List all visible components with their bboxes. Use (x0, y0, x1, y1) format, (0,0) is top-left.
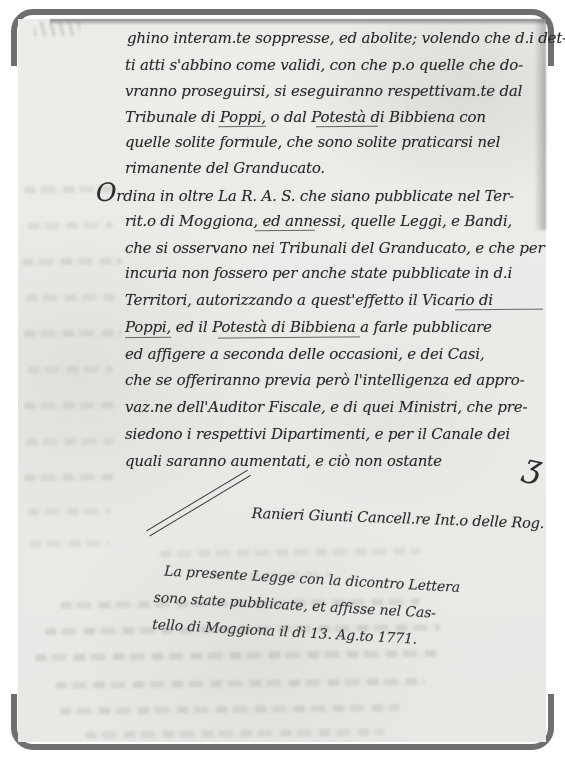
frame-side-mask-right (546, 66, 565, 694)
manuscript-line: quali saranno aumentati, e ciò non ostan… (125, 451, 442, 471)
manuscript-line: vaz.ne dell'Auditor Fiscale, e di quei M… (125, 397, 527, 417)
manuscript-line: che se offeriranno previa però l'intelli… (125, 370, 524, 390)
bleedthrough-smudge (28, 366, 113, 374)
page-top-edge-shadow (50, 19, 547, 25)
scanned-document-viewer: ghino interam.te soppresse, ed abolite; … (0, 0, 565, 760)
bleedthrough-smudge (30, 540, 110, 548)
corner-ink-mark (34, 21, 80, 36)
manuscript-line: rimanente del Granducato. (125, 158, 325, 178)
bleedthrough-smudge (22, 257, 122, 265)
manuscript-line: ti atti s'abbino come validi, con che p.… (125, 55, 523, 75)
manuscript-line: quelle solite formule, che sono solite p… (125, 132, 500, 152)
bleedthrough-smudge (28, 508, 110, 516)
manuscript-line: vranno proseguirsi, si eseguiranno respe… (125, 81, 522, 101)
manuscript-line: ghino interam.te soppresse, ed abolite; … (127, 28, 565, 48)
manuscript-line-paragraph-start: Ordina in oltre La R. A. S. che siano pu… (96, 184, 514, 206)
bleedthrough-smudge (26, 294, 116, 302)
bleedthrough-smudge (26, 438, 114, 446)
manuscript-line: Poppi, ed il Potestà di Bibbiena a farle… (125, 317, 492, 337)
manuscript-line: rit.o di Moggiona, ed annessi, quelle Le… (125, 211, 512, 231)
page-right-edge-shadow (534, 20, 546, 230)
publication-note: La presente Legge con la dicontro Letter… (151, 558, 460, 656)
manuscript-line: incuria non fossero per anche state pubb… (125, 263, 512, 283)
bleedthrough-smudge (24, 402, 119, 410)
bleedthrough-smudge (24, 474, 116, 482)
manuscript-line: Tribunale di Poppi, o dal Potestà di Bib… (125, 107, 486, 127)
manuscript-line: siedono i respettivi Dipartimenti, e per… (125, 424, 510, 444)
bleedthrough-smudge (24, 329, 122, 337)
manuscript-line: Territori, autorizzando a quest'effetto … (125, 290, 493, 310)
manuscript-line: che si osservano nei Tribunali del Grand… (125, 238, 544, 258)
manuscript-line: ed affigere a seconda delle occasioni, e… (125, 344, 484, 364)
frame-side-mask-left (0, 66, 18, 694)
bleedthrough-smudge (28, 222, 113, 230)
